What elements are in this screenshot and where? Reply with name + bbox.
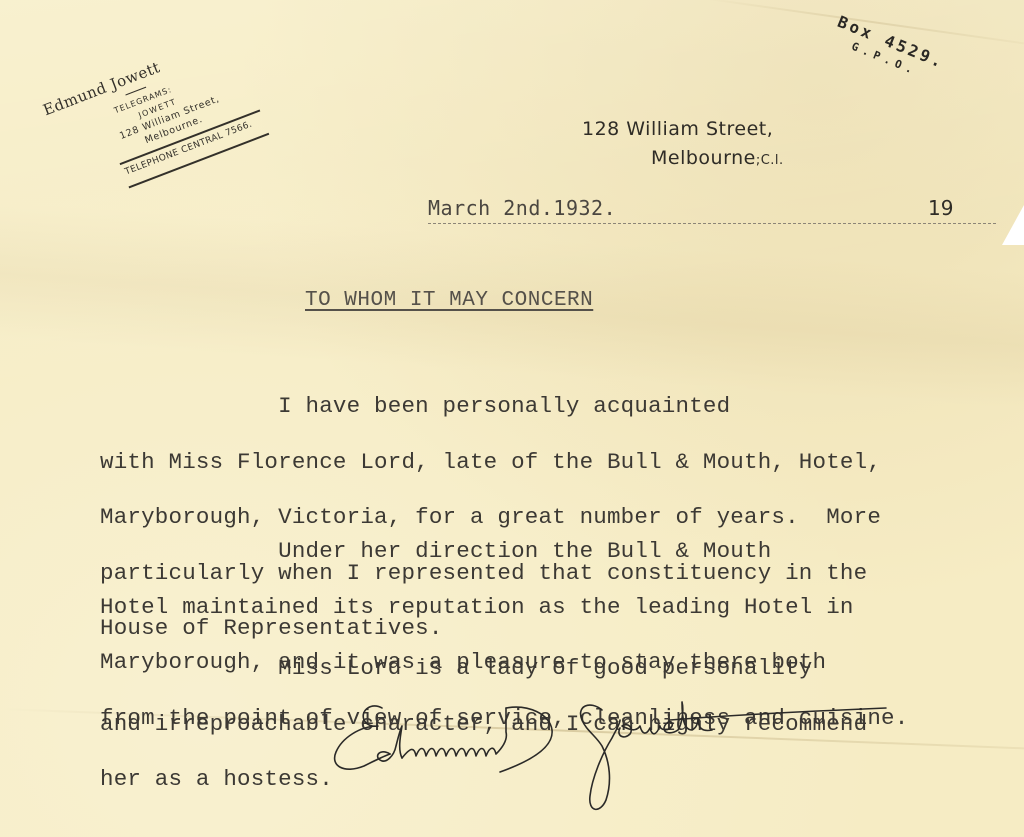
text-line: I have been personally acquainted bbox=[100, 397, 881, 416]
letter-page: Edmund Jowett TELEGRAMS: JOWETT 128 Will… bbox=[0, 0, 1024, 837]
letter-date: March 2nd.1932. bbox=[428, 196, 616, 220]
address-district: ;C.l. bbox=[756, 153, 784, 168]
text-line: with Miss Florence Lord, late of the Bul… bbox=[100, 453, 881, 472]
date-dotted-line bbox=[428, 223, 996, 224]
torn-corner bbox=[1002, 205, 1024, 245]
text-line: Hotel maintained its reputation as the l… bbox=[100, 598, 908, 617]
text-line: Miss Lord is a lady of good personality bbox=[100, 659, 867, 678]
signature bbox=[320, 690, 900, 820]
address-street: 128 William Street, bbox=[582, 118, 773, 140]
printed-year-prefix: 19 bbox=[928, 196, 953, 220]
address-city: Melbourne;C.l. bbox=[651, 147, 784, 169]
letterhead: Edmund Jowett TELEGRAMS: JOWETT 128 Will… bbox=[8, 40, 238, 240]
address-city-name: Melbourne bbox=[651, 147, 756, 169]
text-line: Under her direction the Bull & Mouth bbox=[100, 542, 908, 561]
letter-title: TO WHOM IT MAY CONCERN bbox=[305, 292, 593, 311]
